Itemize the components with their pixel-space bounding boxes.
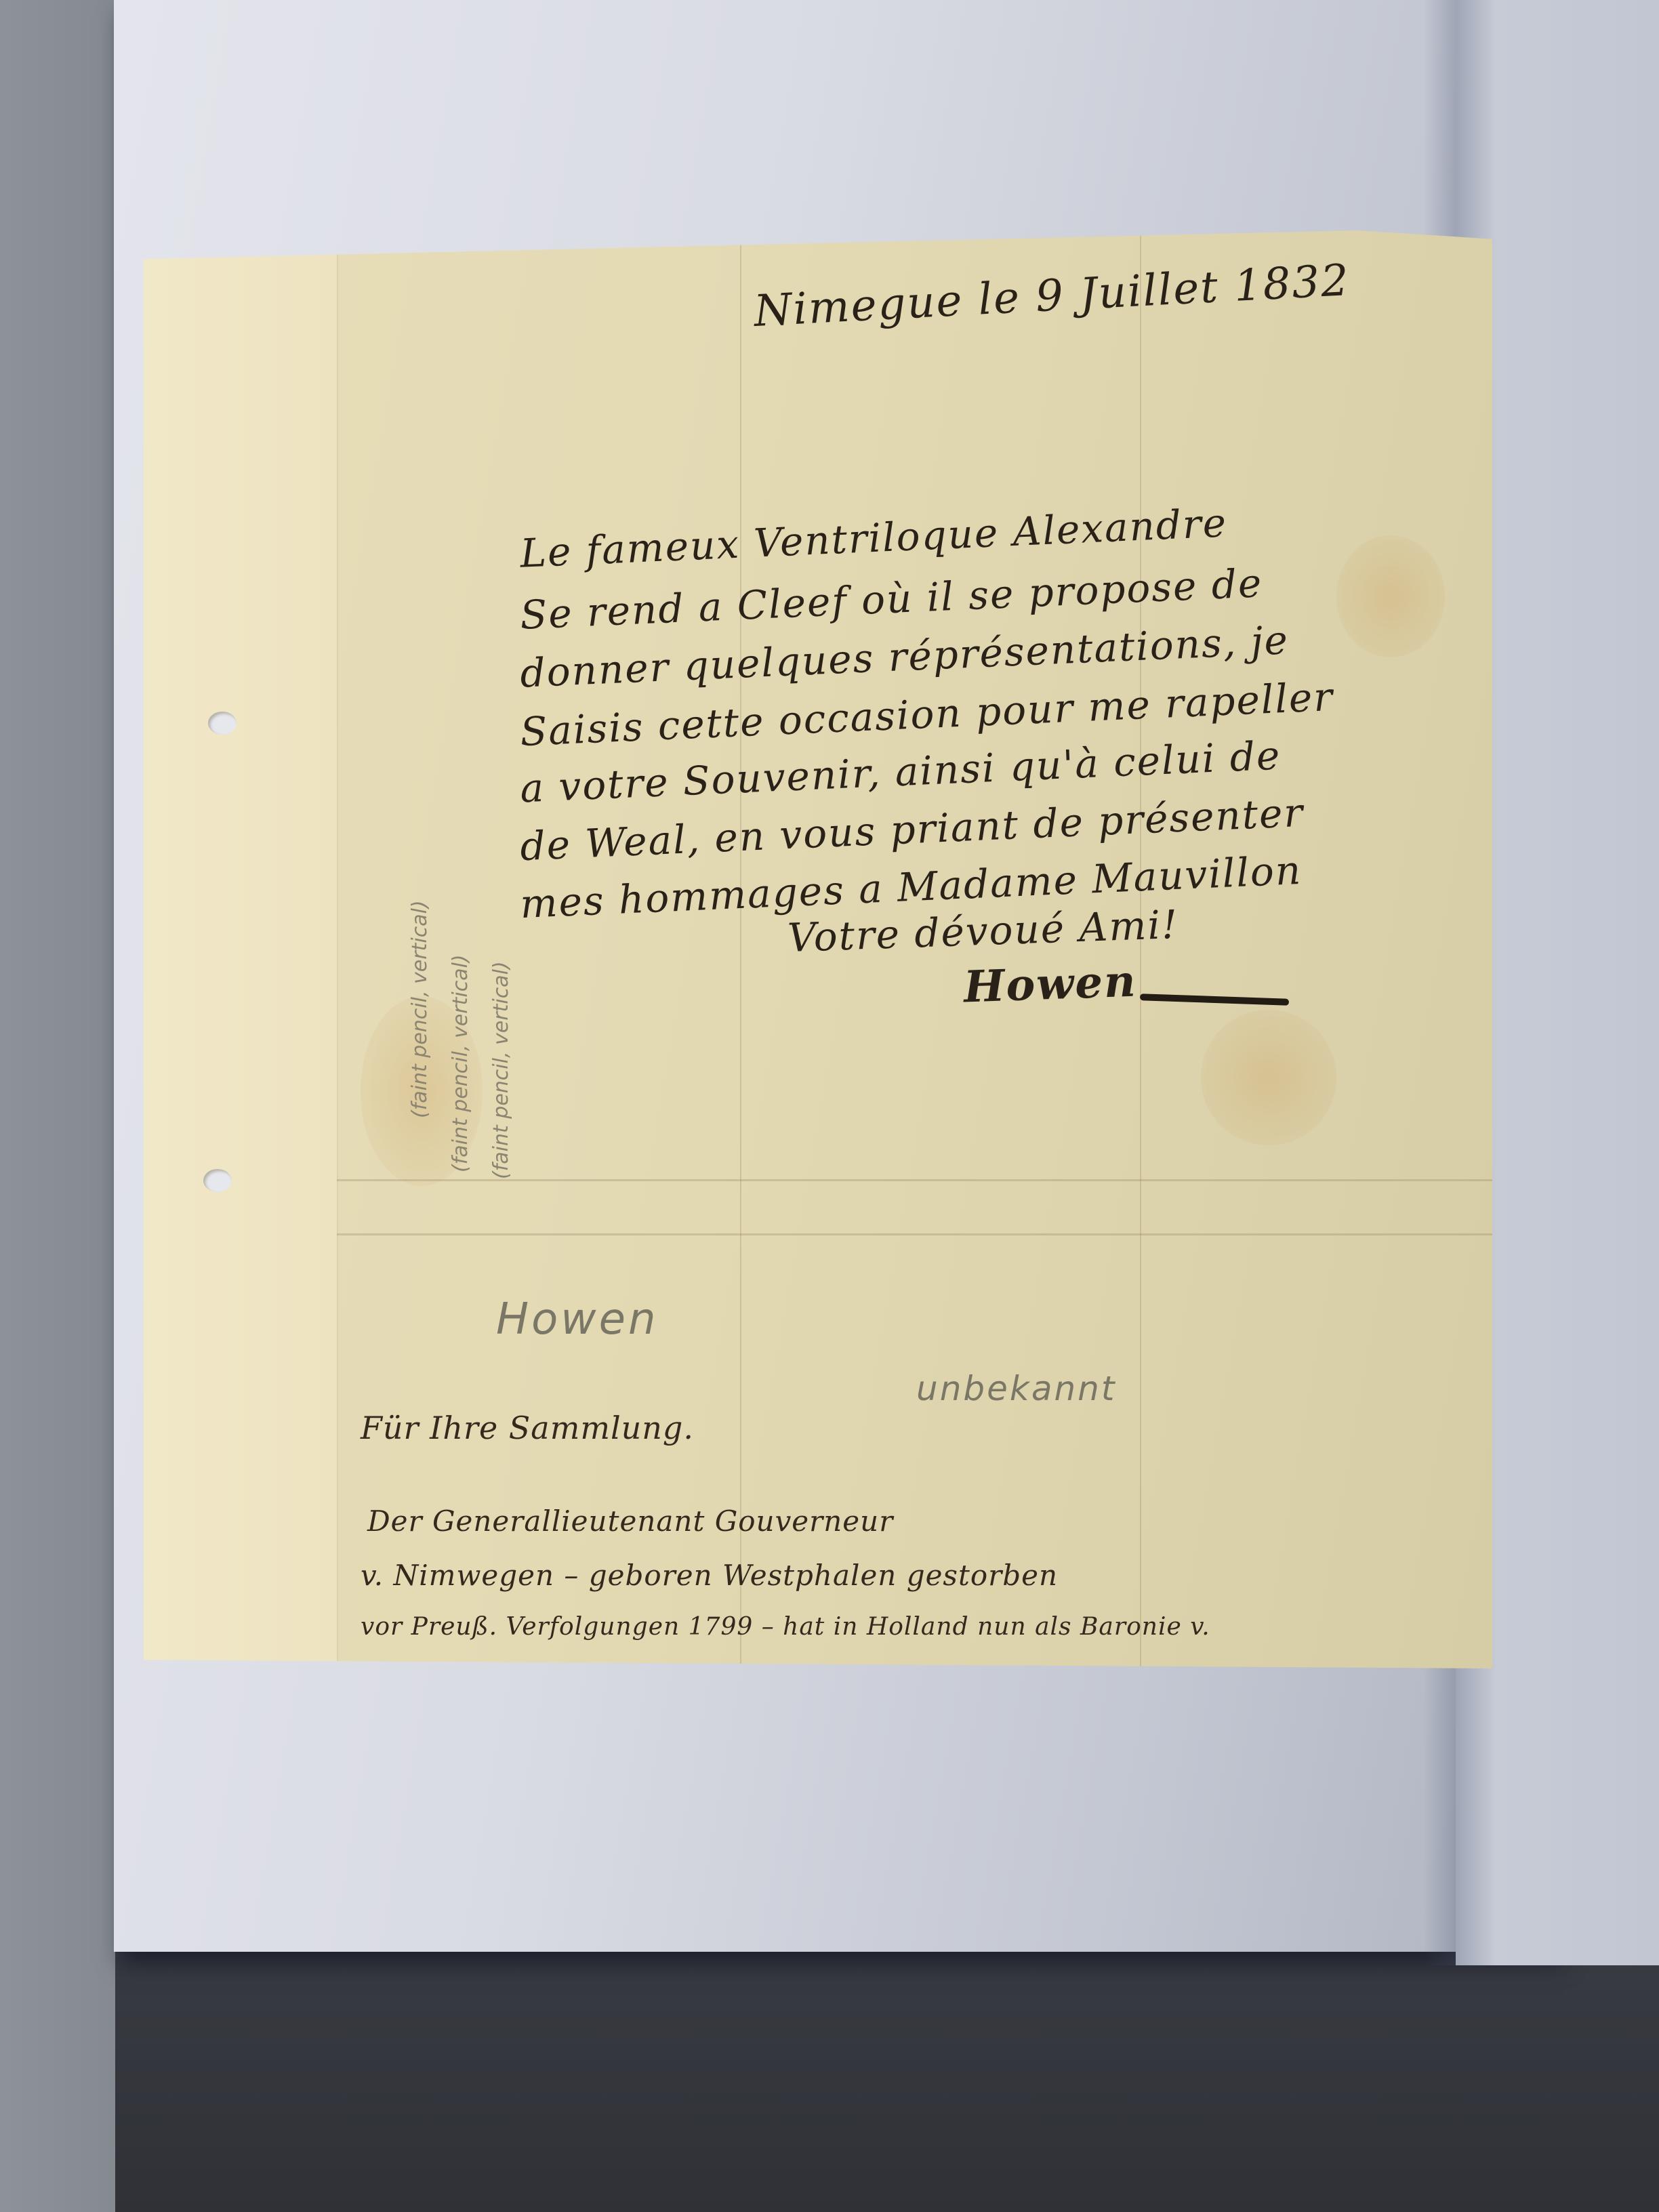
margin-pencil-note: (faint pencil, vertical) <box>449 954 472 1172</box>
punch-hole <box>208 712 237 735</box>
pencil-annotation-note: unbekannt <box>916 1369 1116 1408</box>
letter-signature: Howen <box>963 956 1138 1013</box>
letter-body-line: Le fameux Ventriloque Alexandre <box>519 499 1228 576</box>
margin-pencil-note: (faint pencil, vertical) <box>489 961 513 1179</box>
letter-dateline: Nimegue le 9 Juillet 1832 <box>753 255 1351 337</box>
archival-note-line: vor Preuß. Verfolgungen 1799 – hat in Ho… <box>361 1613 1210 1641</box>
letter-sheet: Nimegue le 9 Juillet 1832 Le fameux Vent… <box>144 230 1492 1668</box>
binding-gutter <box>144 230 338 1668</box>
signature-flourish <box>1140 994 1289 1006</box>
foxing-stain <box>1336 535 1445 657</box>
fold-line-vertical <box>740 230 741 1668</box>
foxing-stain <box>1201 1010 1336 1145</box>
fold-line-horizontal <box>337 1233 1492 1235</box>
archival-note-line: v. Nimwegen – geboren Westphalen gestorb… <box>361 1559 1058 1592</box>
fold-line-vertical <box>1140 230 1141 1668</box>
archival-note-line: Der Generallieutenant Gouverneur <box>367 1504 893 1538</box>
dedication-line: Für Ihre Sammlung. <box>361 1410 694 1446</box>
pencil-annotation-name: Howen <box>496 1294 659 1345</box>
punch-hole <box>203 1169 232 1192</box>
fold-line-horizontal <box>337 1179 1492 1181</box>
tabletop <box>0 0 115 2212</box>
margin-pencil-note: (faint pencil, vertical) <box>408 900 432 1118</box>
